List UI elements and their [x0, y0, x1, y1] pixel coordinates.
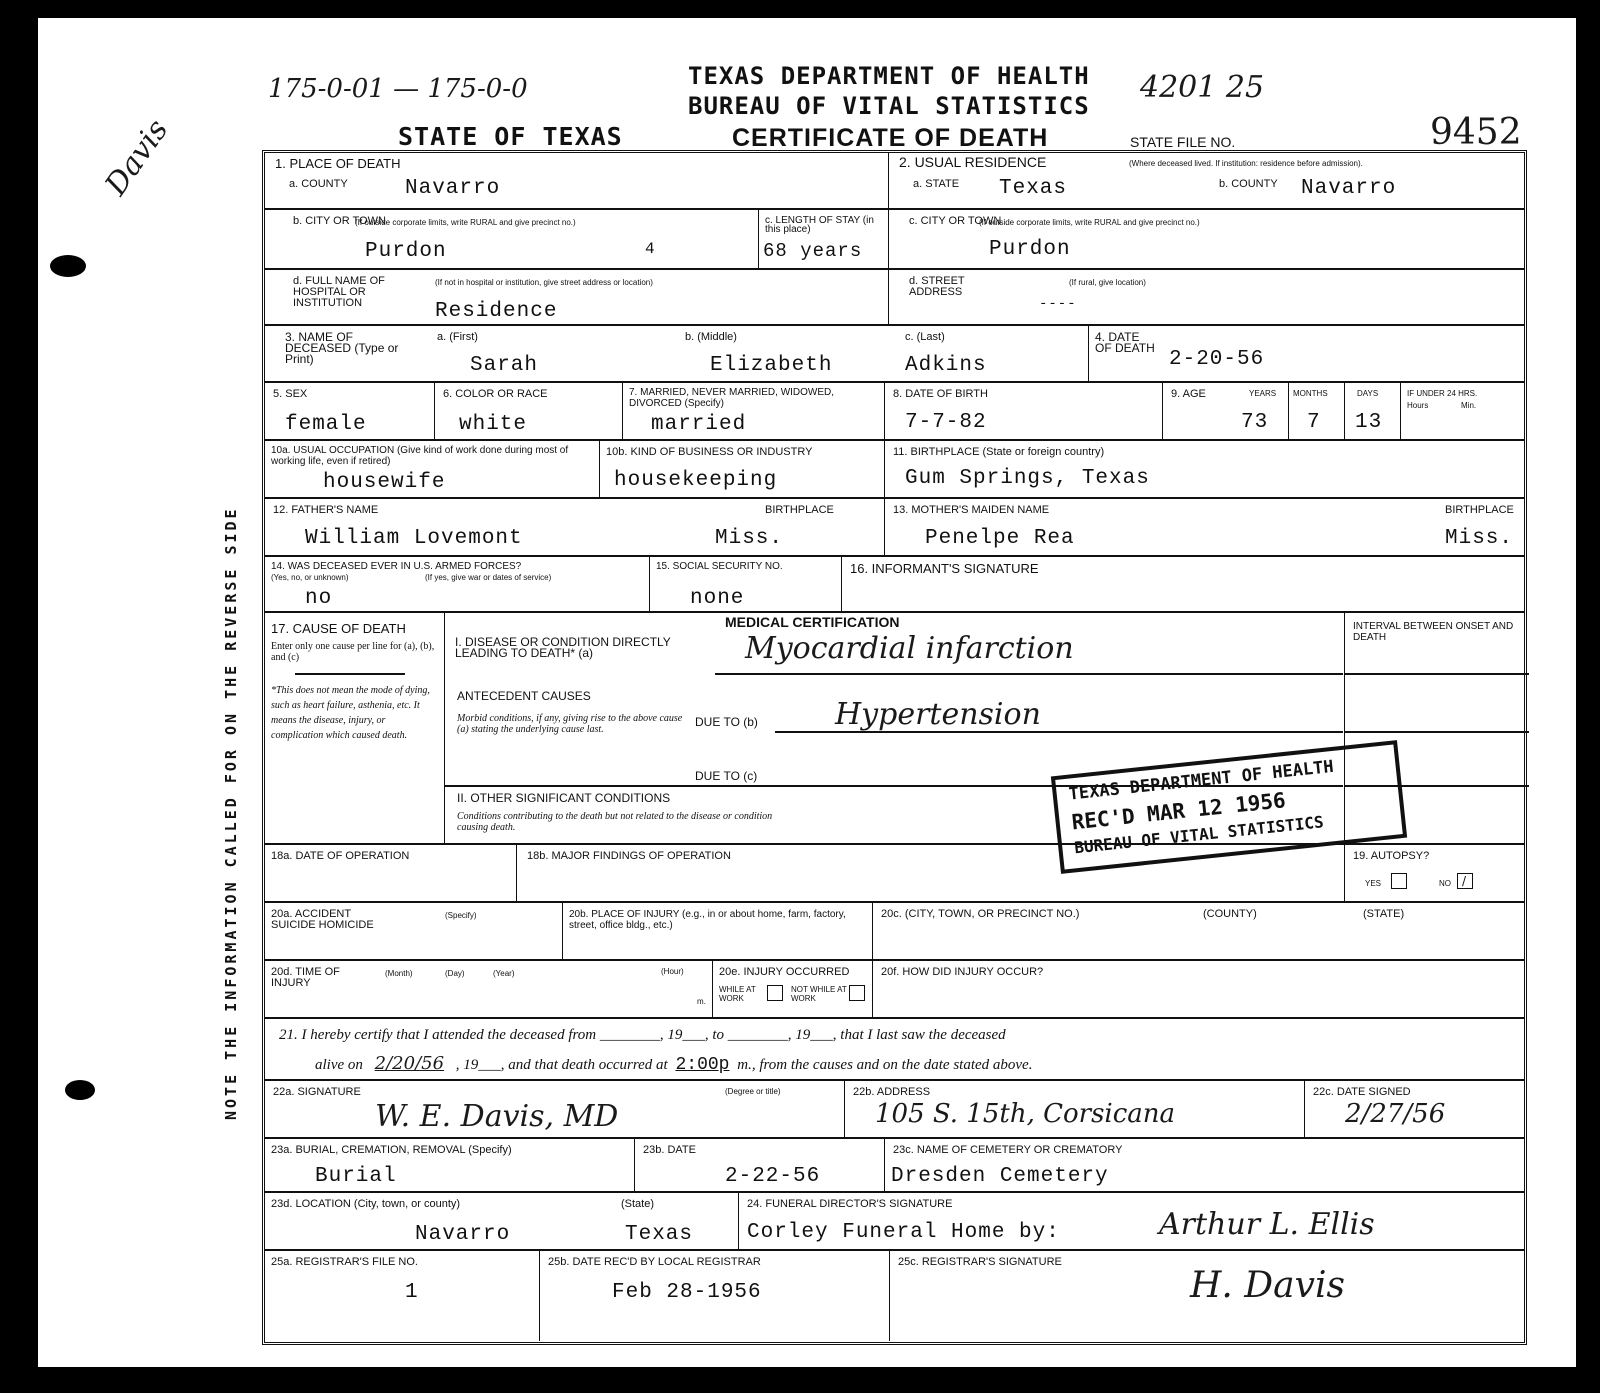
row-operation: 18a. DATE OF OPERATION 18b. MAJOR FINDIN…	[265, 845, 1524, 903]
armed-forces-hint-2: (If yes, give war or dates of service)	[425, 573, 551, 582]
first-name-value: Sarah	[470, 354, 538, 377]
how-injury-cell: 20f. HOW DID INJURY OCCUR?	[873, 961, 1529, 1017]
scan-border-left	[0, 0, 38, 1393]
race-label: 6. COLOR OR RACE	[443, 389, 548, 400]
registrar-signature-cell: 25c. REGISTRAR'S SIGNATURE H. Davis	[890, 1251, 1529, 1341]
place-of-injury-cell: 20b. PLACE OF INJURY (e.g., in or about …	[563, 903, 873, 959]
time-of-injury-cell: 20d. TIME OF INJURY (Month) (Day) (Year)…	[265, 961, 713, 1017]
state-title: STATE OF TEXAS	[398, 122, 623, 151]
injury-month-label: (Month)	[385, 969, 413, 978]
row-place-county: 1. PLACE OF DEATH a. COUNTY Navarro 2. U…	[265, 153, 1524, 210]
business-label: 10b. KIND OF BUSINESS OR INDUSTRY	[606, 447, 881, 458]
hospital-label: d. FULL NAME OF HOSPITAL OR INSTITUTION	[293, 276, 433, 309]
certification-statement-line-2: alive on 2/20/56 , 19___, and that death…	[315, 1053, 1032, 1075]
hospital-value: Residence	[435, 300, 557, 323]
occupation-value: housewife	[323, 471, 445, 494]
row-physician-signature: 22a. SIGNATURE (Degree or title) W. E. D…	[265, 1081, 1524, 1139]
row-hospital: d. FULL NAME OF HOSPITAL OR INSTITUTION …	[265, 270, 1524, 326]
injury-state-label: (STATE)	[1363, 909, 1404, 920]
age-label: 9. AGE	[1171, 389, 1206, 400]
under-24-label: IF UNDER 24 HRS.	[1407, 389, 1477, 398]
armed-forces-label: 14. WAS DECEASED EVER IN U.S. ARMED FORC…	[271, 561, 651, 572]
antecedent-hint: Morbid conditions, if any, giving rise t…	[457, 713, 687, 735]
state-file-label: STATE FILE NO.	[1130, 134, 1235, 150]
accident-label: 20a. ACCIDENT SUICIDE HOMICIDE	[271, 909, 381, 931]
informant-label: 16. INFORMANT'S SIGNATURE	[850, 563, 1039, 574]
date-signed-label: 22c. DATE SIGNED	[1313, 1087, 1411, 1098]
date-of-death-cell: 4. DATE OF DEATH 2-20-56	[1089, 326, 1529, 381]
death-city-value: Purdon	[365, 240, 447, 263]
street-label: d. STREET ADDRESS	[909, 276, 1009, 298]
reverse-side-note: NOTE THE INFORMATION CALLED FOR ON THE R…	[222, 506, 240, 1120]
handwritten-code-right: 4201 25	[1140, 70, 1264, 105]
row-parents: 12. FATHER'S NAME William Lovemont BIRTH…	[265, 499, 1524, 557]
age-months-cell: MONTHS 7	[1289, 383, 1345, 439]
row-occupation: 10a. USUAL OCCUPATION (Give kind of work…	[265, 441, 1524, 499]
residence-state-value: Texas	[999, 177, 1067, 200]
months-label: MONTHS	[1293, 389, 1328, 398]
middle-name-label: b. (Middle)	[685, 332, 737, 343]
mother-value: Penelpe Rea	[925, 527, 1075, 550]
cause-hint: Enter only one cause per line for (a), (…	[271, 641, 436, 663]
hospital-hint: (If not in hospital or institution, give…	[435, 278, 875, 287]
scan-border-bottom	[0, 1367, 1600, 1393]
state-file-number: 9452	[1430, 112, 1522, 153]
burial-location-cell: 23d. LOCATION (City, town, or county) (S…	[265, 1193, 739, 1249]
injury-occurred-label: 20e. INJURY OCCURRED	[719, 967, 849, 978]
middle-name-value: Elizabeth	[710, 354, 832, 377]
punch-hole	[50, 255, 86, 277]
birthplace-cell: 11. BIRTHPLACE (State or foreign country…	[885, 441, 1529, 497]
county-label: a. COUNTY	[289, 179, 348, 190]
deceased-name-cell: 3. NAME OF DECEASED (Type or Print) a. (…	[265, 326, 1089, 381]
injury-occurred-cell: 20e. INJURY OCCURRED WHILE AT WORK NOT W…	[713, 961, 873, 1017]
registrar-file-value: 1	[405, 1281, 419, 1304]
business-cell: 10b. KIND OF BUSINESS OR INDUSTRY housek…	[600, 441, 885, 497]
due-to-c-label: DUE TO (c)	[695, 771, 757, 782]
funeral-director-label: 24. FUNERAL DIRECTOR'S SIGNATURE	[747, 1199, 952, 1210]
sex-cell: 5. SEX female	[265, 383, 435, 439]
last-name-label: c. (Last)	[905, 332, 945, 343]
other-conditions-label: II. OTHER SIGNIFICANT CONDITIONS	[457, 793, 670, 804]
row-burial: 23a. BURIAL, CREMATION, REMOVAL (Specify…	[265, 1139, 1524, 1193]
degree-label: (Degree or title)	[725, 1087, 781, 1096]
row-certification: 21. I hereby certify that I attended the…	[265, 1019, 1524, 1081]
registrar-file-cell: 25a. REGISTRAR'S FILE NO. 1	[265, 1251, 540, 1341]
autopsy-no-label: NO	[1439, 879, 1451, 888]
dob-label: 8. DATE OF BIRTH	[893, 389, 988, 400]
business-value: housekeeping	[614, 469, 777, 492]
mother-birthplace-label: BIRTHPLACE	[1445, 505, 1514, 516]
usual-residence-state-cell: 2. USUAL RESIDENCE (Where deceased lived…	[889, 153, 1529, 208]
date-of-death-label: 4. DATE OF DEATH	[1095, 332, 1155, 354]
row-name: 3. NAME OF DECEASED (Type or Print) a. (…	[265, 326, 1524, 383]
marital-value: married	[651, 413, 746, 436]
autopsy-yes-checkbox[interactable]	[1391, 873, 1407, 889]
injury-year-label: (Year)	[493, 969, 515, 978]
disease-label: I. DISEASE OR CONDITION DIRECTLY LEADING…	[455, 637, 725, 659]
sex-label: 5. SEX	[273, 389, 307, 400]
row-time-of-injury: 20d. TIME OF INJURY (Month) (Day) (Year)…	[265, 961, 1524, 1019]
sex-value: female	[285, 413, 367, 436]
causes-statement: m., from the causes and on the date stat…	[737, 1057, 1032, 1073]
cemetery-value: Dresden Cemetery	[891, 1165, 1109, 1188]
autopsy-no-checkbox[interactable]: /	[1457, 873, 1473, 889]
birthplace-value: Gum Springs, Texas	[905, 467, 1150, 490]
burial-state-value: Texas	[625, 1223, 693, 1246]
autopsy-yes-label: YES	[1365, 879, 1381, 888]
stay-label: c. LENGTH OF STAY (in this place)	[765, 216, 885, 234]
not-while-at-work-label: NOT WHILE AT WORK	[791, 985, 847, 1003]
row-registrar: 25a. REGISTRAR'S FILE NO. 1 25b. DATE RE…	[265, 1251, 1524, 1341]
years-label: YEARS	[1249, 389, 1276, 398]
marital-cell: 7. MARRIED, NEVER MARRIED, WIDOWED, DIVO…	[623, 383, 885, 439]
row-armed-forces: 14. WAS DECEASED EVER IN U.S. ARMED FORC…	[265, 557, 1524, 613]
while-at-work-checkbox[interactable]	[767, 985, 783, 1001]
row-city: b. CITY OR TOWN (If outside corporate li…	[265, 210, 1524, 270]
age-years-cell: 9. AGE YEARS 73	[1163, 383, 1289, 439]
under-24-hours-cell: IF UNDER 24 HRS. Hours Min.	[1401, 383, 1529, 439]
marital-label: 7. MARRIED, NEVER MARRIED, WIDOWED, DIVO…	[629, 387, 879, 409]
hospital-cell: d. FULL NAME OF HOSPITAL OR INSTITUTION …	[265, 270, 889, 324]
age-months-value: 7	[1307, 411, 1321, 434]
injury-city-label: 20c. (CITY, TOWN, OR PRECINCT NO.)	[881, 909, 1079, 920]
agency-line-2: BUREAU OF VITAL STATISTICS	[688, 92, 1090, 120]
age-years-value: 73	[1241, 411, 1268, 434]
cause-a-value: Myocardial infarction	[745, 631, 1074, 666]
mother-label: 13. MOTHER'S MAIDEN NAME	[893, 505, 1049, 516]
ssn-cell: 15. SOCIAL SECURITY NO. none	[650, 557, 842, 611]
injury-day-label: (Day)	[445, 969, 465, 978]
registrar-signature: H. Davis	[1190, 1265, 1345, 1306]
operation-date-label: 18a. DATE OF OPERATION	[271, 851, 409, 862]
occupation-label: 10a. USUAL OCCUPATION (Give kind of work…	[271, 445, 591, 467]
cause-b-value: Hypertension	[835, 697, 1041, 732]
due-to-b-label: DUE TO (b)	[695, 717, 758, 728]
operation-date-cell: 18a. DATE OF OPERATION	[265, 845, 517, 901]
burial-date-value: 2-22-56	[725, 1165, 820, 1188]
scan-border-top	[0, 0, 1600, 18]
antecedent-label: ANTECEDENT CAUSES	[457, 691, 591, 702]
armed-forces-hint-1: (Yes, no, or unknown)	[271, 573, 349, 582]
burial-location-label: 23d. LOCATION (City, town, or county)	[271, 1199, 460, 1210]
dob-cell: 8. DATE OF BIRTH 7-7-82	[885, 383, 1163, 439]
punch-hole	[65, 1080, 95, 1100]
physician-address: 105 S. 15th, Corsicana	[875, 1099, 1175, 1129]
mother-cell: 13. MOTHER'S MAIDEN NAME Penelpe Rea BIR…	[885, 499, 1529, 555]
occupation-cell: 10a. USUAL OCCUPATION (Give kind of work…	[265, 441, 600, 497]
father-birthplace-label: BIRTHPLACE	[765, 505, 834, 516]
informant-cell: 16. INFORMANT'S SIGNATURE	[842, 557, 1529, 611]
injury-county-label: (COUNTY)	[1203, 909, 1257, 920]
funeral-home-value: Corley Funeral Home by:	[747, 1221, 1060, 1244]
ssn-label: 15. SOCIAL SECURITY NO.	[656, 561, 783, 572]
margin-handwritten-name: Davis	[99, 113, 176, 202]
residence-city-value: Purdon	[989, 238, 1071, 261]
registrar-date-cell: 25b. DATE REC'D BY LOCAL REGISTRAR Feb 2…	[540, 1251, 890, 1341]
street-hint: (If rural, give location)	[1069, 278, 1146, 287]
handwritten-code-left: 175-0-01 — 175-0-0	[268, 74, 528, 104]
street-value: ----	[1039, 296, 1077, 312]
cause-of-death-label: 17. CAUSE OF DEATH	[271, 623, 406, 634]
burial-date-cell: 23b. DATE 2-22-56	[635, 1139, 885, 1191]
place-of-death-county-cell: 1. PLACE OF DEATH a. COUNTY Navarro	[265, 153, 889, 208]
residence-state-label: a. STATE	[913, 179, 959, 190]
registrar-date-label: 25b. DATE REC'D BY LOCAL REGISTRAR	[548, 1257, 761, 1268]
death-city-cell: b. CITY OR TOWN (If outside corporate li…	[265, 210, 759, 268]
address-cell: 22b. ADDRESS 105 S. 15th, Corsicana	[845, 1081, 1305, 1137]
not-while-at-work-checkbox[interactable]	[849, 985, 865, 1001]
cause-note: *This does not mean the mode of dying, s…	[271, 683, 436, 743]
residence-city-hint: (If outside corporate limits, write RURA…	[979, 218, 1479, 227]
birthplace-label: 11. BIRTHPLACE (State or foreign country…	[893, 447, 1104, 458]
burial-state-label: (State)	[621, 1199, 654, 1210]
min-label: Min.	[1461, 401, 1476, 410]
age-days-value: 13	[1355, 411, 1382, 434]
cemetery-label: 23c. NAME OF CEMETERY OR CREMATORY	[893, 1145, 1122, 1156]
death-occurred-label: , 19___, and that death occurred at	[456, 1057, 668, 1073]
row-accident: 20a. ACCIDENT SUICIDE HOMICIDE (Specify)…	[265, 903, 1524, 961]
certification-statement-line-1: 21. I hereby certify that I attended the…	[279, 1027, 1006, 1044]
address-label: 22b. ADDRESS	[853, 1087, 930, 1098]
alive-on-label: alive on	[315, 1057, 363, 1073]
funeral-director-cell: 24. FUNERAL DIRECTOR'S SIGNATURE Corley …	[739, 1193, 1529, 1249]
accident-type-cell: 20a. ACCIDENT SUICIDE HOMICIDE (Specify)	[265, 903, 563, 959]
while-at-work-label: WHILE AT WORK	[719, 985, 769, 1003]
cemetery-cell: 23c. NAME OF CEMETERY OR CREMATORY Dresd…	[885, 1139, 1529, 1191]
street-address-cell: d. STREET ADDRESS (If rural, give locati…	[889, 270, 1529, 324]
operation-findings-label: 18b. MAJOR FINDINGS OF OPERATION	[527, 851, 731, 862]
signature-label: 22a. SIGNATURE	[273, 1087, 361, 1098]
last-seen-date-value: 2/20/56	[367, 1053, 452, 1074]
age-days-cell: DAYS 13	[1345, 383, 1401, 439]
injury-location-cell: 20c. (CITY, TOWN, OR PRECINCT NO.) (COUN…	[873, 903, 1529, 959]
father-cell: 12. FATHER'S NAME William Lovemont BIRTH…	[265, 499, 885, 555]
place-of-death-label: 1. PLACE OF DEATH	[275, 158, 400, 169]
injury-m-label: m.	[697, 997, 706, 1006]
how-injury-label: 20f. HOW DID INJURY OCCUR?	[881, 967, 1043, 978]
date-of-death-value: 2-20-56	[1169, 348, 1264, 371]
ssn-value: none	[690, 587, 744, 610]
registrar-file-label: 25a. REGISTRAR'S FILE NO.	[271, 1257, 418, 1268]
disposition-label: 23a. BURIAL, CREMATION, REMOVAL (Specify…	[271, 1145, 512, 1156]
certificate-title: CERTIFICATE OF DEATH	[732, 124, 1048, 153]
residence-county-label: b. COUNTY	[1219, 179, 1278, 190]
scan-border-right	[1576, 0, 1600, 1393]
usual-residence-hint: (Where deceased lived. If institution: r…	[1129, 159, 1509, 168]
days-label: DAYS	[1357, 389, 1378, 398]
father-birthplace-value: Miss.	[715, 527, 783, 550]
accident-specify-label: (Specify)	[445, 911, 477, 920]
physician-signature: W. E. Davis, MD	[375, 1099, 618, 1134]
name-label: 3. NAME OF DECEASED (Type or Print)	[285, 332, 405, 365]
residence-city-cell: c. CITY OR TOWN (If outside corporate li…	[889, 210, 1529, 268]
cause-instructions-cell: 17. CAUSE OF DEATH Enter only one cause …	[265, 613, 445, 843]
date-signed-cell: 22c. DATE SIGNED 2/27/56	[1305, 1081, 1529, 1137]
disposition-value: Burial	[315, 1165, 397, 1188]
row-funeral-director: 23d. LOCATION (City, town, or county) (S…	[265, 1193, 1524, 1251]
agency-line-1: TEXAS DEPARTMENT OF HEALTH	[688, 62, 1090, 90]
date-signed-value: 2/27/56	[1345, 1099, 1445, 1129]
signature-cell: 22a. SIGNATURE (Degree or title) W. E. D…	[265, 1081, 845, 1137]
time-of-death-value: 2:00p	[671, 1055, 733, 1075]
last-name-value: Adkins	[905, 354, 987, 377]
autopsy-label: 19. AUTOPSY?	[1353, 851, 1429, 862]
residence-county-value: Navarro	[1301, 177, 1396, 200]
mother-birthplace-value: Miss.	[1445, 527, 1513, 550]
medical-certification-title: MEDICAL CERTIFICATION	[725, 617, 899, 628]
disposition-cell: 23a. BURIAL, CREMATION, REMOVAL (Specify…	[265, 1139, 635, 1191]
registrar-date-value: Feb 28-1956	[612, 1281, 762, 1304]
usual-residence-label: 2. USUAL RESIDENCE	[899, 157, 1046, 168]
armed-forces-cell: 14. WAS DECEASED EVER IN U.S. ARMED FORC…	[265, 557, 650, 611]
other-conditions-hint: Conditions contributing to the death but…	[457, 811, 777, 833]
funeral-director-signature: Arthur L. Ellis	[1159, 1207, 1375, 1242]
stay-value: 68 years	[763, 240, 862, 262]
burial-date-label: 23b. DATE	[643, 1145, 696, 1156]
armed-forces-value: no	[305, 587, 332, 610]
father-label: 12. FATHER'S NAME	[273, 505, 378, 516]
registrar-signature-label: 25c. REGISTRAR'S SIGNATURE	[898, 1257, 1062, 1268]
city-hint: (If outside corporate limits, write RURA…	[355, 218, 745, 227]
death-certificate-form: 1. PLACE OF DEATH a. COUNTY Navarro 2. U…	[262, 150, 1527, 1345]
hours-label: Hours	[1407, 401, 1428, 410]
injury-hour-label: (Hour)	[661, 967, 684, 976]
length-of-stay-cell: c. LENGTH OF STAY (in this place) 68 yea…	[759, 210, 889, 268]
dob-value: 7-7-82	[905, 411, 987, 434]
precinct-value: 4	[645, 240, 656, 258]
row-demographics: 5. SEX female 6. COLOR OR RACE white 7. …	[265, 383, 1524, 441]
place-of-injury-label: 20b. PLACE OF INJURY (e.g., in or about …	[569, 909, 859, 931]
father-value: William Lovemont	[305, 527, 523, 550]
death-county-value: Navarro	[405, 177, 500, 200]
interval-label: INTERVAL BETWEEN ONSET AND DEATH	[1353, 621, 1523, 643]
autopsy-cell: 19. AUTOPSY? YES NO /	[1345, 845, 1529, 901]
first-name-label: a. (First)	[437, 332, 478, 343]
burial-location-value: Navarro	[415, 1223, 510, 1246]
race-cell: 6. COLOR OR RACE white	[435, 383, 623, 439]
time-of-injury-label: 20d. TIME OF INJURY	[271, 967, 341, 989]
race-value: white	[459, 413, 527, 436]
